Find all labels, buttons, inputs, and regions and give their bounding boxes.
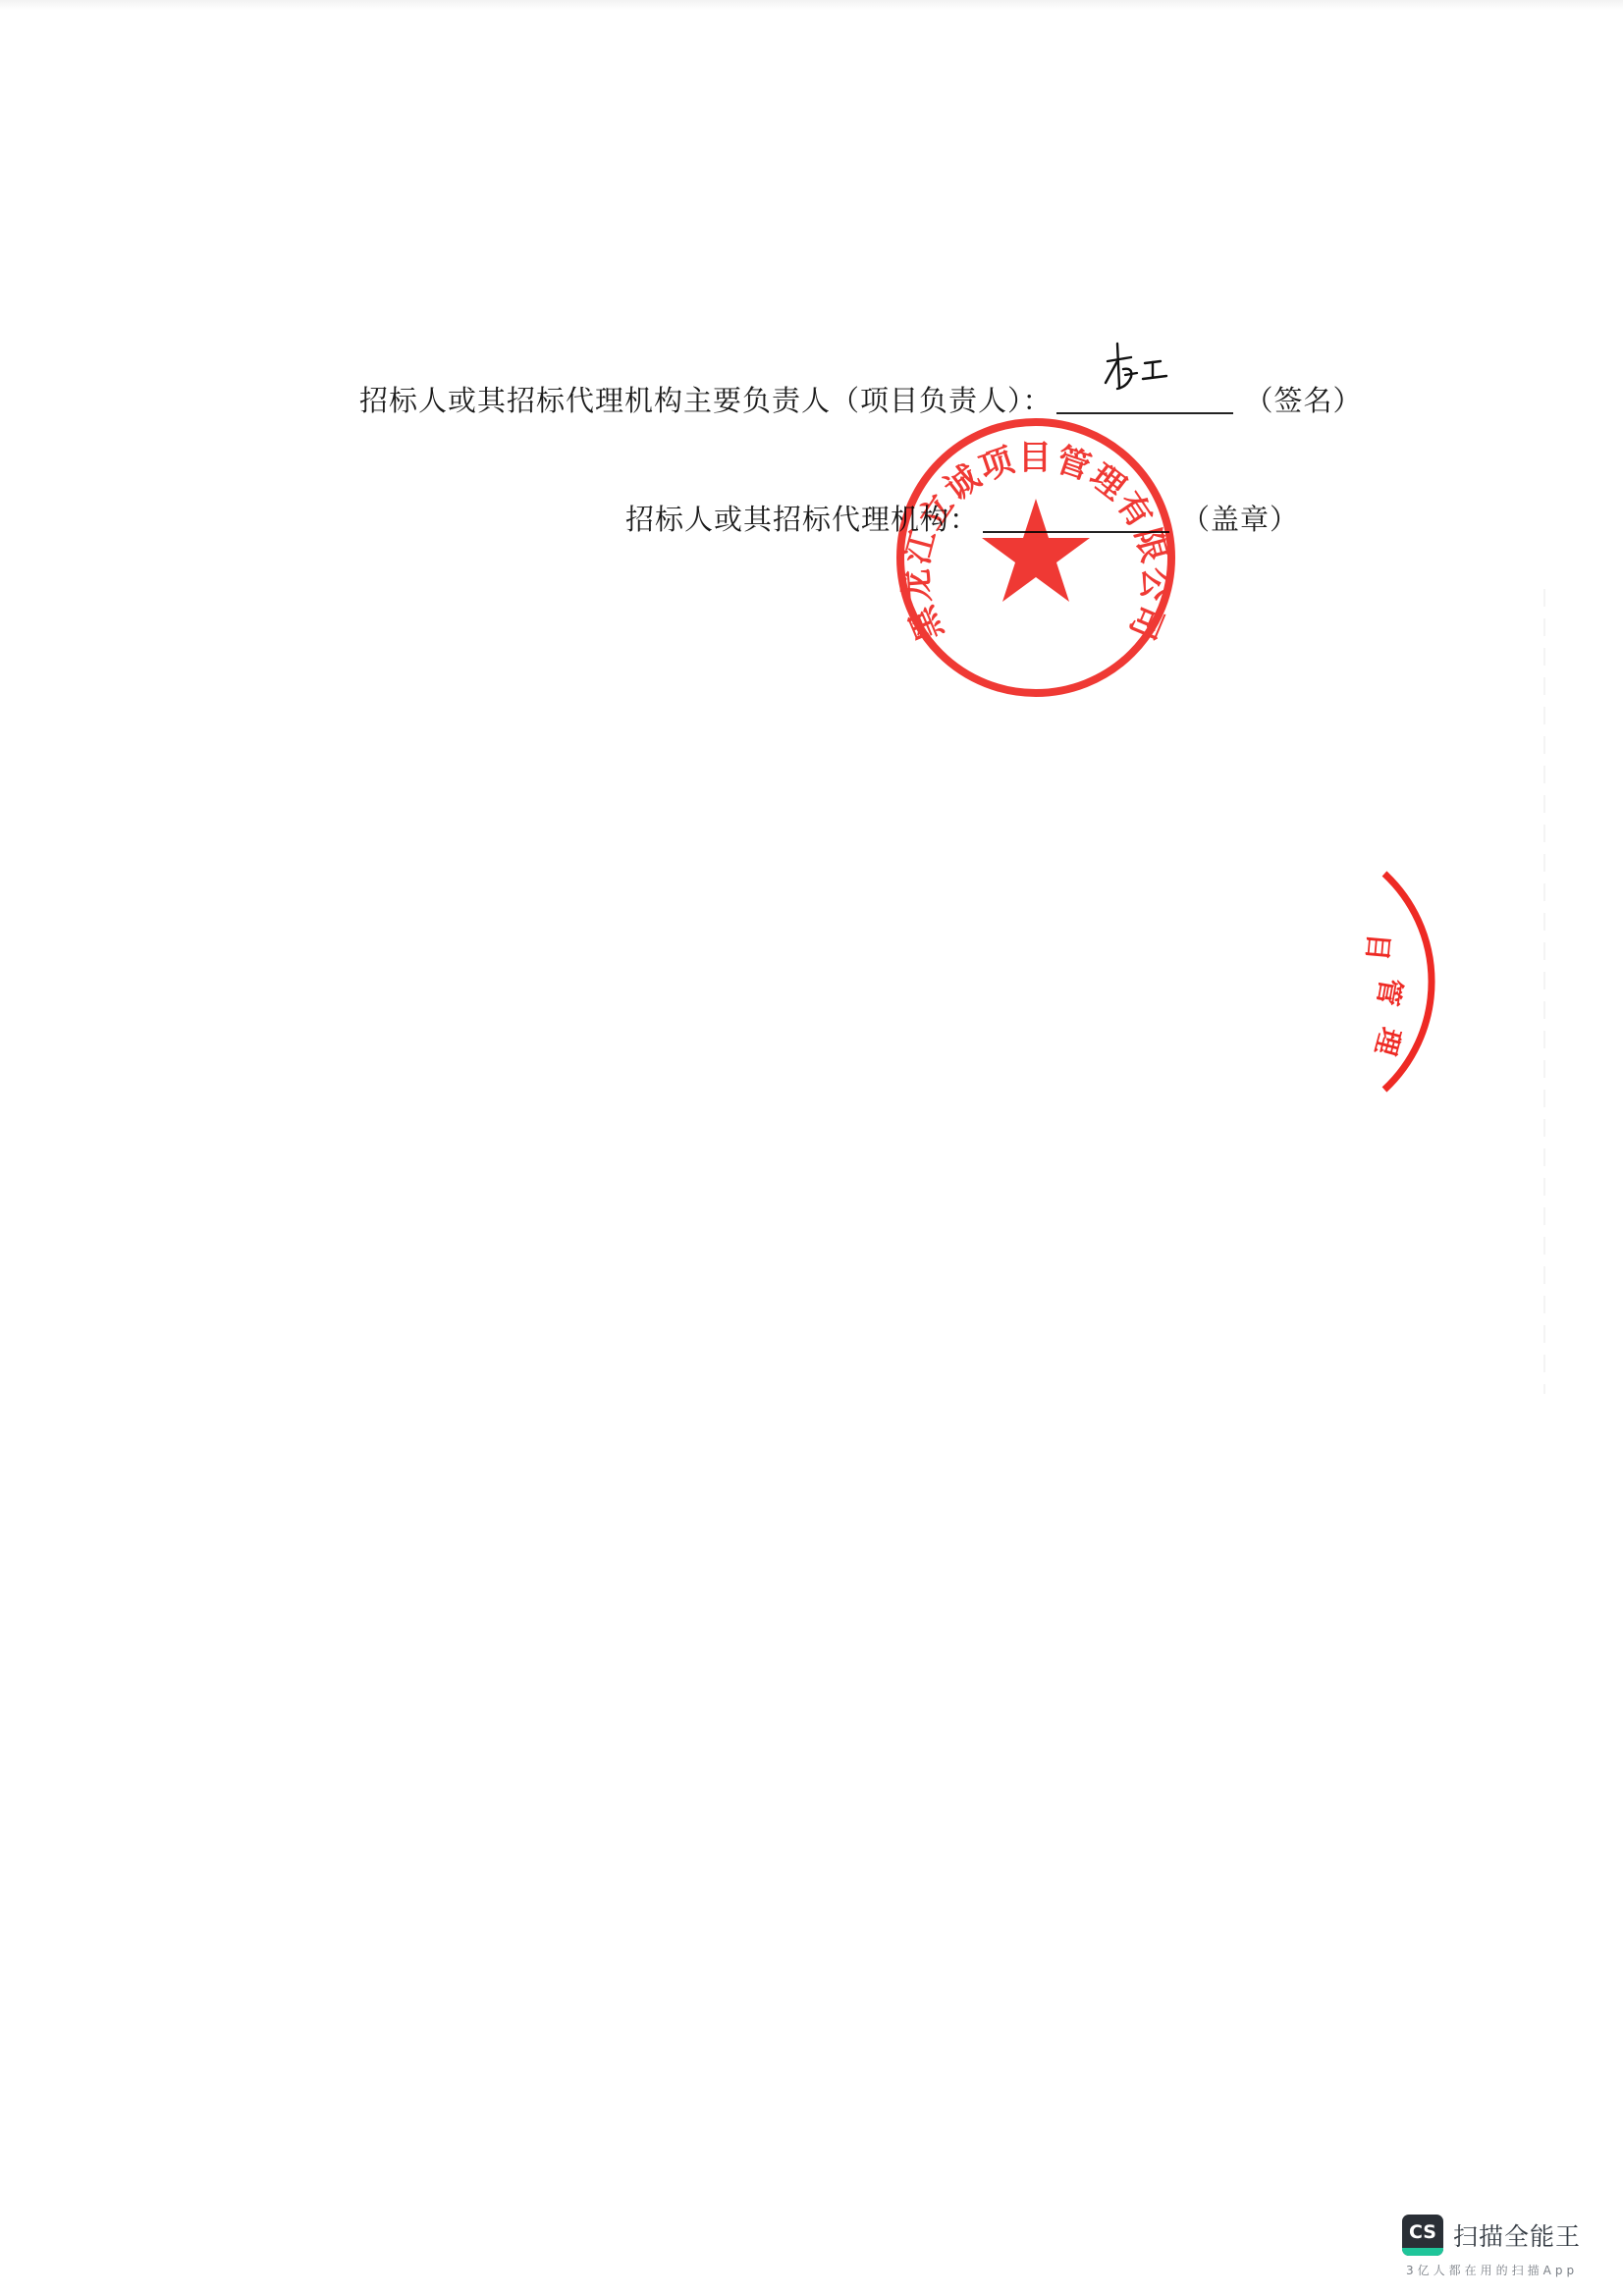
svg-text:理: 理 [1369,1024,1407,1059]
signature-line: 招标人或其招标代理机构主要负责人（项目负责人）： 李工 （签名） [359,381,1363,420]
scan-edge-top [0,0,1623,10]
svg-text:目: 目 [1361,932,1395,962]
watermark-app-name: 扫描全能王 [1453,2217,1581,2253]
seal-suffix: （盖章） [1181,503,1299,536]
watermark-tagline: 3亿人都在用的扫描App [1402,2262,1608,2278]
partial-seal-stamp: 目 管 理 [1276,864,1443,1099]
star-icon [982,499,1090,602]
svg-text:管: 管 [1371,976,1407,1008]
camscanner-watermark: CS 扫描全能王 3亿人都在用的扫描App [1402,2215,1608,2278]
camscanner-logo-icon: CS [1402,2215,1443,2256]
scan-edge-right [1543,589,1545,1394]
company-seal-stamp: 黑龙江立诚项目管理有限公司 [889,410,1183,705]
signature-suffix: （签名） [1245,384,1363,417]
handwritten-signature: 李工 [1104,340,1182,399]
